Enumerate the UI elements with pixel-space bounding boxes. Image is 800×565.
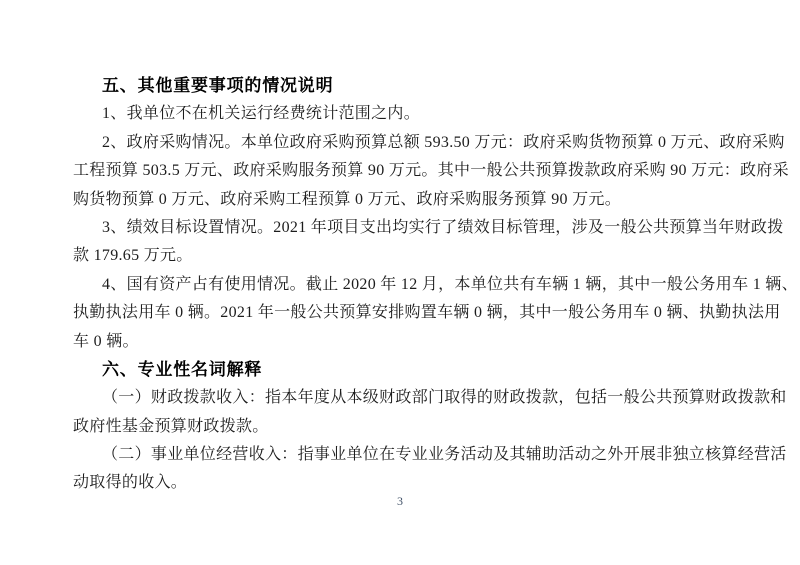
document-line: （一）财政拨款收入：指本年度从本级财政部门取得的财政拨款，包括一般公共预算财政拨… bbox=[73, 384, 800, 412]
section-5-heading: 五、其他重要事项的情况说明 bbox=[73, 72, 800, 100]
document-line: 政府性基金预算财政拨款。 bbox=[73, 413, 800, 441]
document-line: 车 0 辆。 bbox=[73, 328, 800, 356]
section-6-heading: 六、专业性名词解释 bbox=[73, 356, 800, 384]
document-line: 工程预算 503.5 万元、政府采购服务预算 90 万元。其中一般公共预算拨款政… bbox=[73, 157, 800, 185]
document-line: 4、国有资产占有使用情况。截止 2020 年 12 月，本单位共有车辆 1 辆，… bbox=[73, 271, 800, 299]
document-line: 购货物预算 0 万元、政府采购工程预算 0 万元、政府采购服务预算 90 万元。 bbox=[73, 186, 800, 214]
document-line: 2、政府采购情况。本单位政府采购预算总额 593.50 万元：政府采购货物预算 … bbox=[73, 129, 800, 157]
document-page: 五、其他重要事项的情况说明 1、我单位不在机关运行经费统计范围之内。 2、政府采… bbox=[0, 0, 800, 565]
document-line: 1、我单位不在机关运行经费统计范围之内。 bbox=[73, 100, 800, 128]
document-line: 3、绩效目标设置情况。2021 年项目支出均实行了绩效目标管理，涉及一般公共预算… bbox=[73, 214, 800, 242]
document-line: （二）事业单位经营收入：指事业单位在专业业务活动及其辅助活动之外开展非独立核算经… bbox=[73, 441, 800, 469]
page-number: 3 bbox=[0, 494, 800, 509]
document-line: 执勤执法用车 0 辆。2021 年一般公共预算安排购置车辆 0 辆，其中一般公务… bbox=[73, 299, 800, 327]
document-line: 款 179.65 万元。 bbox=[73, 242, 800, 270]
